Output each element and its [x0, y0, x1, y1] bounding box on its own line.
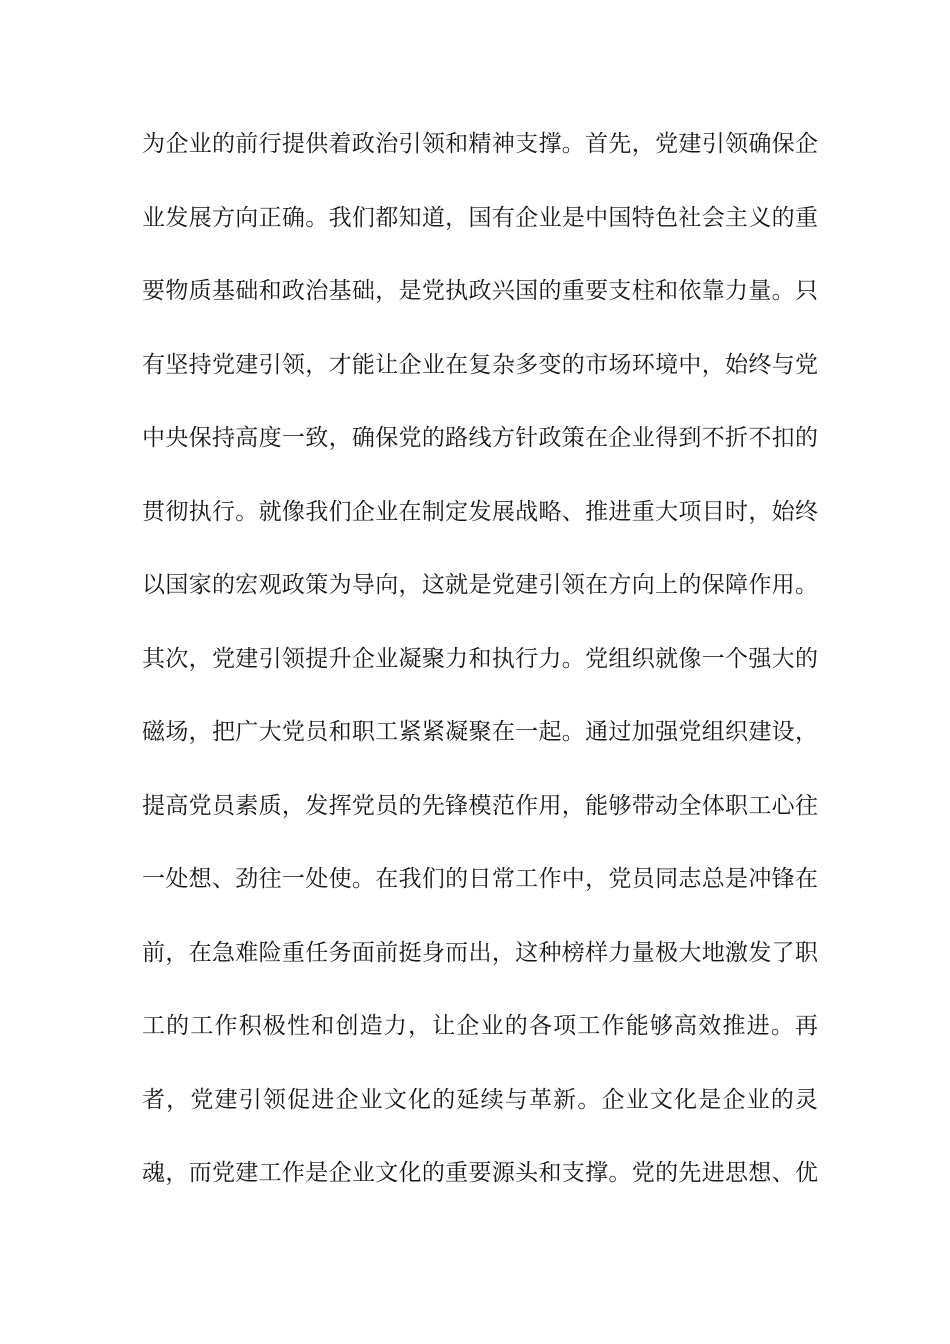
- text-line: 业发展方向正确。我们都知道，国有企业是中国特色社会主义的重: [142, 204, 818, 278]
- text-line: 有坚持党建引领，才能让企业在复杂多变的市场环境中，始终与党: [142, 351, 818, 425]
- body-text-block: 为企业的前行提供着政治引领和精神支撑。首先，党建引领确保企 业发展方向正确。我们…: [142, 130, 818, 1233]
- text-line: 中央保持高度一致，确保党的路线方针政策在企业得到不折不扣的: [142, 424, 818, 498]
- text-line: 以国家的宏观政策为导向，这就是党建引领在方向上的保障作用。: [142, 571, 818, 645]
- text-line: 为企业的前行提供着政治引领和精神支撑。首先，党建引领确保企: [142, 130, 818, 204]
- text-line: 者，党建引领促进企业文化的延续与革新。企业文化是企业的灵: [142, 1086, 818, 1160]
- text-line: 磁场，把广大党员和职工紧紧凝聚在一起。通过加强党组织建设，: [142, 718, 818, 792]
- text-line: 要物质基础和政治基础，是党执政兴国的重要支柱和依靠力量。只: [142, 277, 818, 351]
- text-line: 工的工作积极性和创造力，让企业的各项工作能够高效推进。再: [142, 1012, 818, 1086]
- text-line: 前，在急难险重任务面前挺身而出，这种榜样力量极大地激发了职: [142, 939, 818, 1013]
- text-line: 一处想、劲往一处使。在我们的日常工作中，党员同志总是冲锋在: [142, 865, 818, 939]
- text-line: 魂，而党建工作是企业文化的重要源头和支撑。党的先进思想、优: [142, 1159, 818, 1233]
- text-line: 贯彻执行。就像我们企业在制定发展战略、推进重大项目时，始终: [142, 498, 818, 572]
- text-line: 其次，党建引领提升企业凝聚力和执行力。党组织就像一个强大的: [142, 645, 818, 719]
- document-page: { "page": { "background_color": "#ffffff…: [0, 0, 950, 1344]
- page-canvas: 为企业的前行提供着政治引领和精神支撑。首先，党建引领确保企 业发展方向正确。我们…: [0, 0, 950, 1344]
- text-line: 提高党员素质，发挥党员的先锋模范作用，能够带动全体职工心往: [142, 792, 818, 866]
